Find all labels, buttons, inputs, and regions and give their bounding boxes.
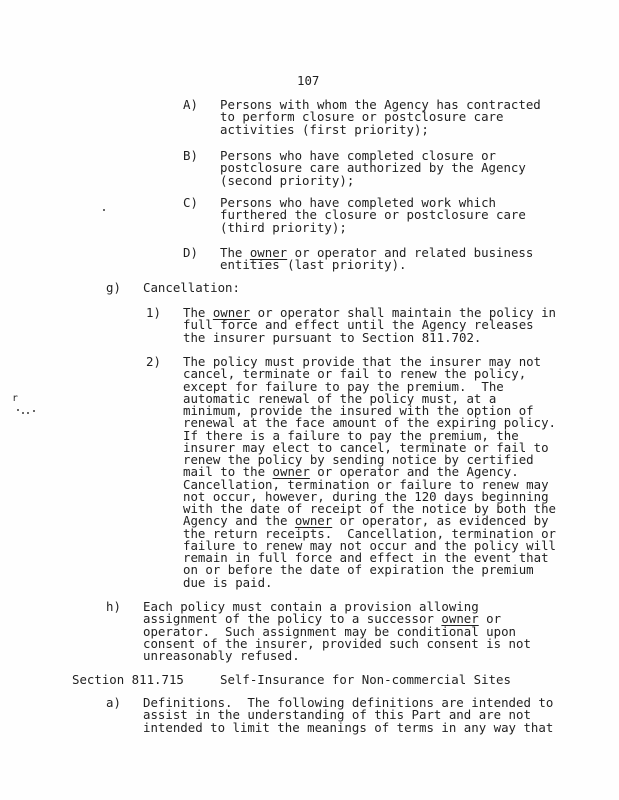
- text-line: intended to limit the meanings of terms …: [143, 722, 553, 734]
- item-label: D): [183, 247, 198, 259]
- item-label: a): [106, 697, 121, 709]
- item-label: B): [183, 150, 198, 162]
- item-label: A): [183, 99, 198, 111]
- text-line: entities (last priority).: [220, 259, 533, 271]
- item-label: C): [183, 197, 198, 209]
- scan-artifact-dot: [27, 412, 29, 414]
- text-line: (second priority);: [220, 175, 526, 187]
- item-label: 2): [146, 356, 161, 368]
- item-label: 1): [146, 307, 161, 319]
- item-label: h): [106, 601, 121, 613]
- scan-artifact-dot: [22, 412, 24, 414]
- section-number: Section 811.715: [72, 674, 184, 686]
- page-number: 107: [297, 75, 319, 87]
- text-line: due is paid.: [183, 577, 556, 589]
- text-line: Cancellation:: [143, 282, 240, 294]
- document-page: 107 A) Persons with whom the Agency has …: [0, 0, 619, 800]
- text-line: unreasonably refused.: [143, 650, 531, 662]
- scan-artifact-dot: [103, 209, 105, 211]
- scan-artifact-dot: [33, 410, 35, 412]
- scan-artifact-mark: r: [12, 393, 18, 405]
- text-line: the insurer pursuant to Section 811.702.: [183, 332, 556, 344]
- text-line: (third priority);: [220, 222, 526, 234]
- section-title: Self-Insurance for Non-commercial Sites: [220, 674, 511, 686]
- item-label: g): [106, 282, 121, 294]
- scan-artifact-dot: [17, 409, 19, 411]
- text-line: activities (first priority);: [220, 124, 541, 136]
